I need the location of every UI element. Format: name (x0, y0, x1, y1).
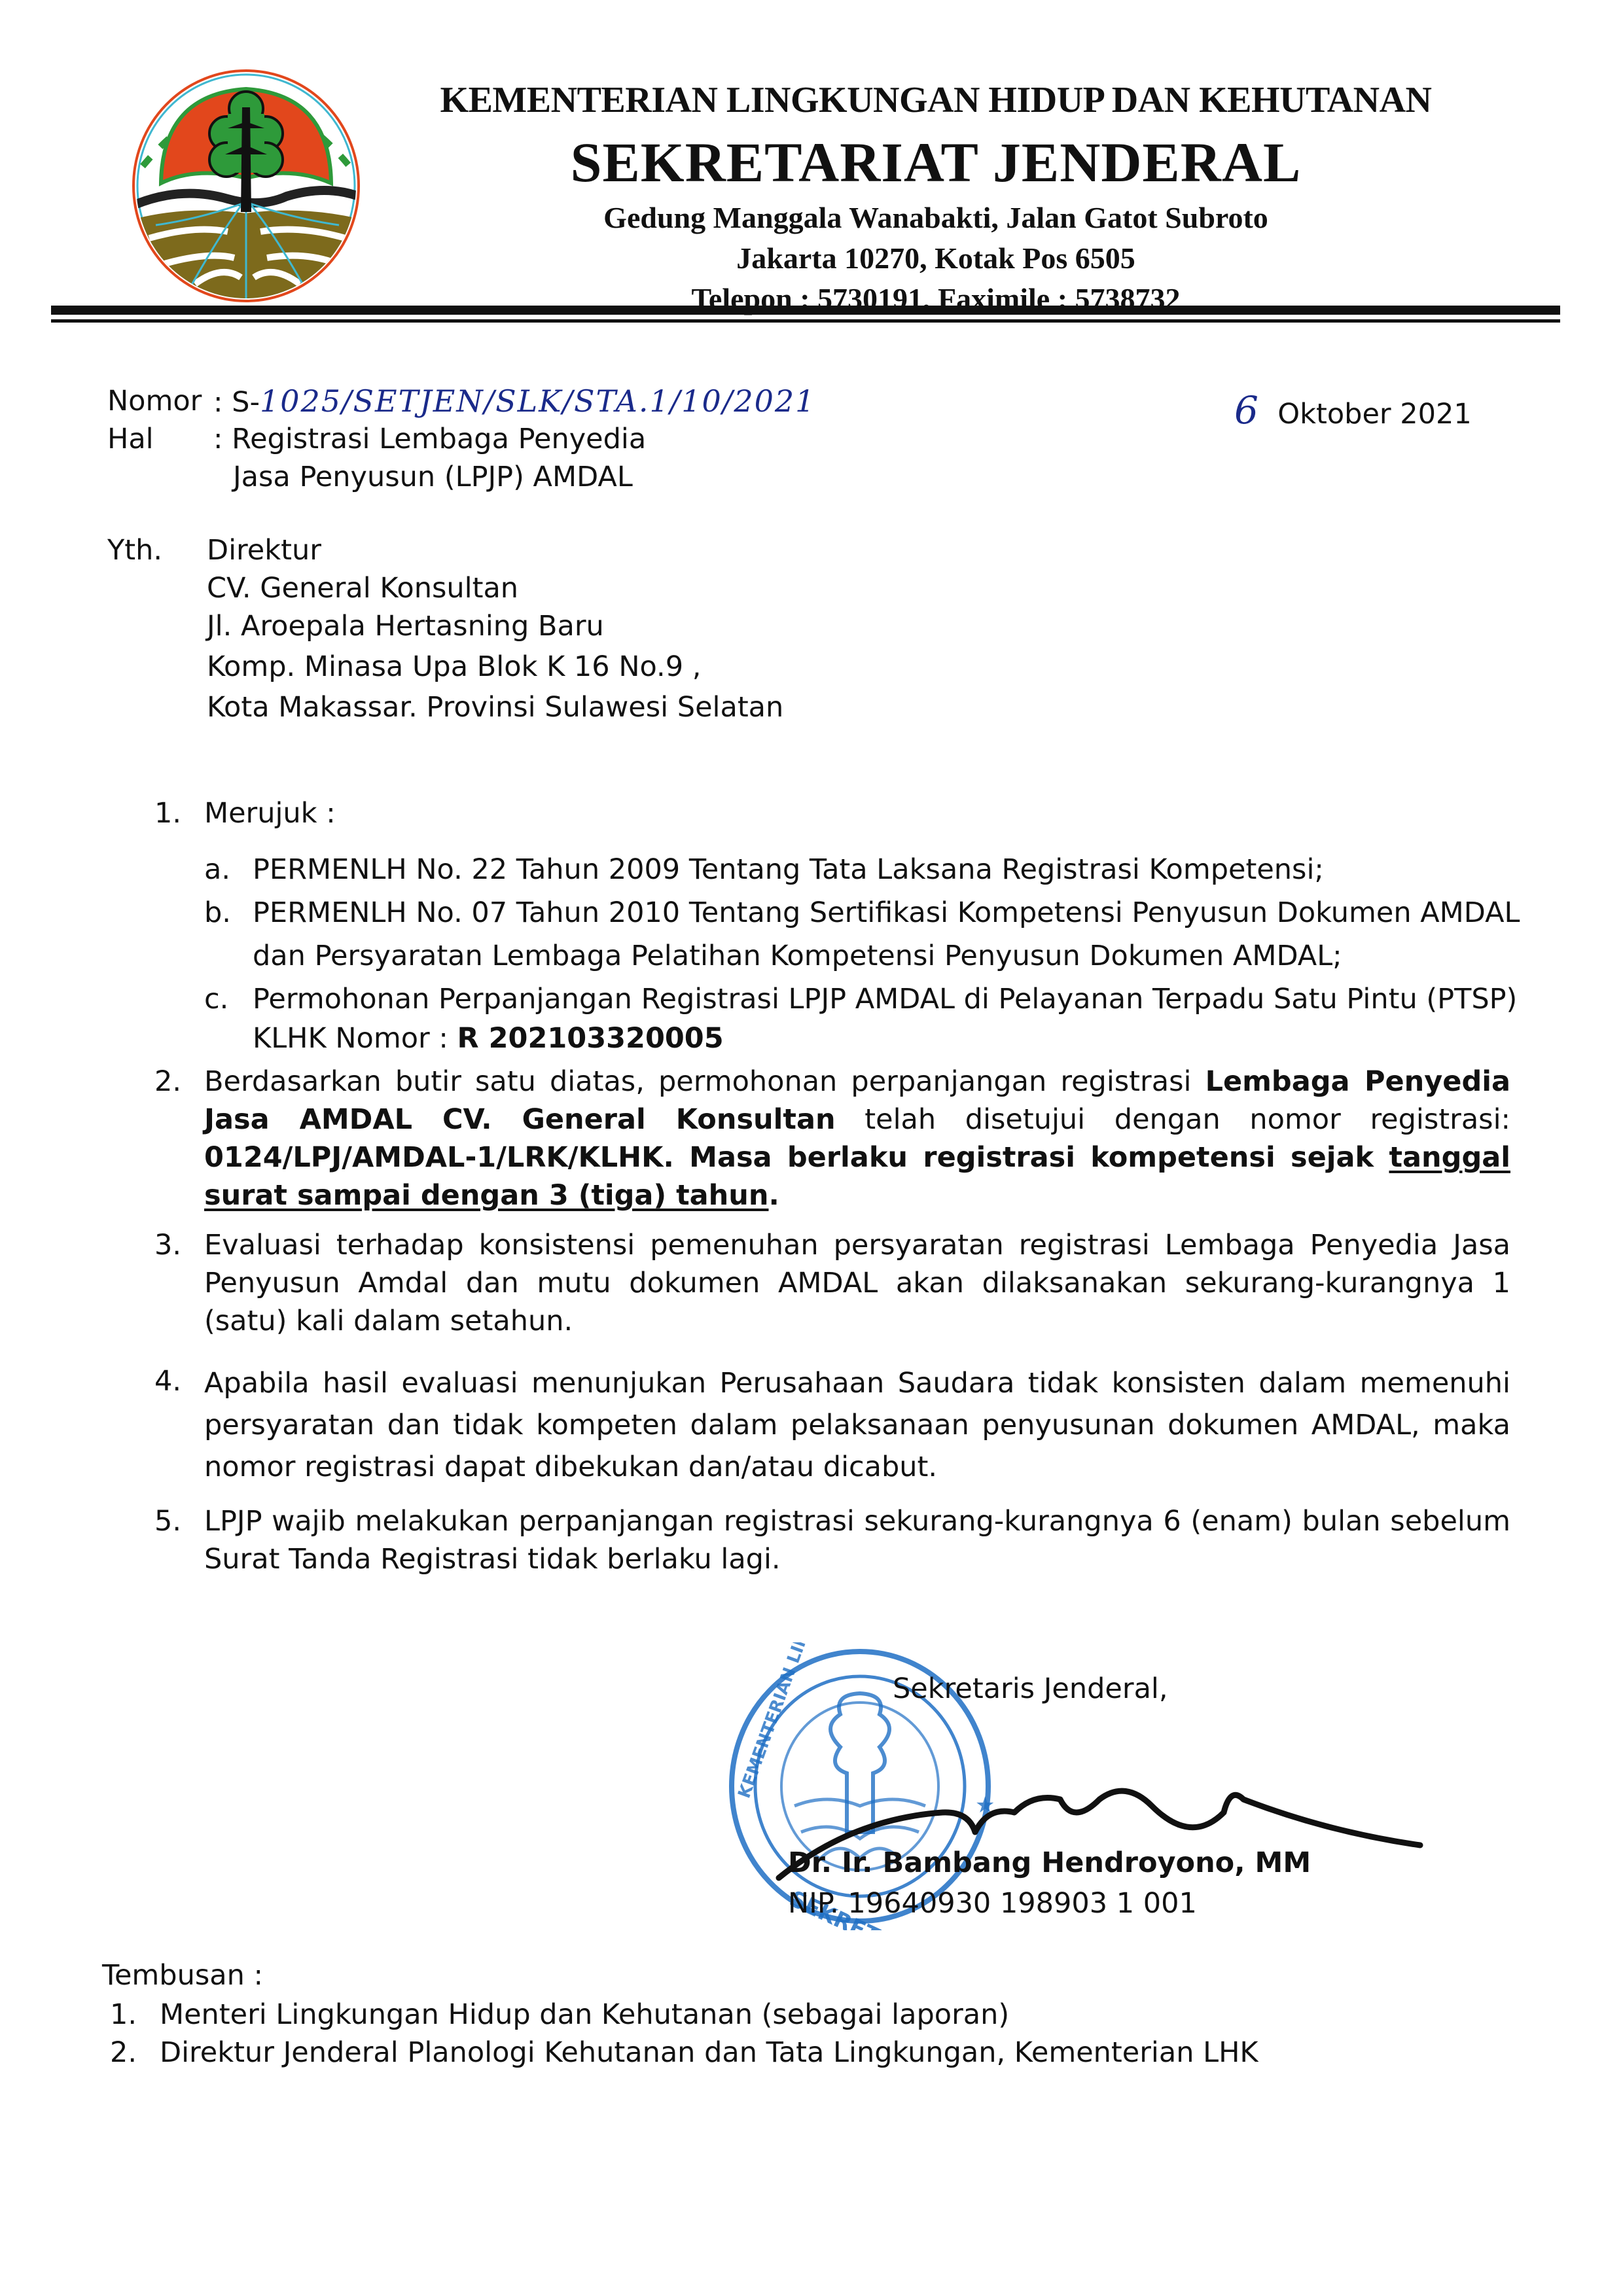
unit-name: SEKRETARIAT JENDERAL (393, 127, 1479, 198)
cc-item: Menteri Lingkungan Hidup dan Kehutanan (… (160, 1996, 1009, 2034)
subitem-letter: a. (204, 851, 230, 889)
date-day-handwritten: 6 (1234, 388, 1260, 433)
item2-plain1: Berdasarkan butir satu diatas, permohona… (204, 1065, 1205, 1098)
signatory-title: Sekretaris Jenderal, (893, 1670, 1168, 1708)
item2-end: . (768, 1179, 779, 1212)
recipient-label: Yth. (107, 531, 162, 569)
ptsp-prefix: KLHK Nomor : (253, 1022, 457, 1055)
signatory-nip: NIP. 19640930 198903 1 001 (788, 1884, 1197, 1922)
recipient-line: CV. General Konsultan (207, 569, 518, 607)
item-number: 5. (154, 1502, 181, 1540)
recipient-line: Jl. Aroepala Hertasning Baru (207, 607, 604, 645)
signatory-name: Dr. Ir. Bambang Hendroyono, MM (788, 1844, 1311, 1882)
recipient-line: Direktur (207, 531, 321, 569)
nomor-label: Nomor (107, 382, 202, 420)
item-number: 2. (154, 1063, 181, 1101)
letterhead-divider-thin (51, 319, 1560, 323)
subitem-c-line1: Permohonan Perpanjangan Registrasi LPJP … (253, 980, 1509, 1018)
item-number: 1. (154, 794, 181, 832)
address-line2: Jakarta 10270, Kotak Pos 6505 (393, 238, 1479, 279)
date-month-year: Oktober 2021 (1277, 398, 1471, 431)
hal-label: Hal (107, 420, 154, 458)
item2-registration: 0124/LPJ/AMDAL-1/LRK/KLHK. Masa berlaku … (204, 1141, 1389, 1174)
cc-number: 2. (110, 2034, 137, 2072)
cc-number: 1. (110, 1996, 137, 2034)
item2-plain2: telah disetujui dengan nomor registrasi: (836, 1103, 1510, 1136)
klhk-tree-logo-icon (130, 68, 363, 304)
subitem-b-line1: PERMENLH No. 07 Tahun 2010 Tentang Serti… (253, 894, 1509, 932)
item4-text: Apabila hasil evaluasi menunjukan Perusa… (204, 1362, 1510, 1488)
letterhead: KEMENTERIAN LINGKUNGAN HIDUP DAN KEHUTAN… (393, 77, 1479, 319)
cc-item: Direktur Jenderal Planologi Kehutanan da… (160, 2034, 1258, 2072)
subitem-a-text: PERMENLH No. 22 Tahun 2009 Tentang Tata … (253, 851, 1324, 889)
item-number: 3. (154, 1226, 181, 1264)
letterhead-divider-thick (51, 306, 1560, 315)
address-line1: Gedung Manggala Wanabakti, Jalan Gatot S… (393, 198, 1479, 238)
nomor-value: : S-1025/SETJEN/SLK/STA.1/10/2021 (213, 382, 815, 421)
nomor-prefix: : S- (213, 386, 260, 419)
subitem-letter: c. (204, 980, 228, 1018)
recipient-line: Komp. Minasa Upa Blok K 16 No.9 , (207, 648, 701, 686)
subitem-c-line2: KLHK Nomor : R 202103320005 (253, 1019, 724, 1057)
item-number: 4. (154, 1362, 181, 1400)
hal-line2: Jasa Penyusun (LPJP) AMDAL (233, 458, 633, 496)
item3-text: Evaluasi terhadap konsistensi pemenuhan … (204, 1226, 1510, 1340)
item2-text: Berdasarkan butir satu diatas, permohona… (204, 1063, 1510, 1214)
item1-title: Merujuk : (204, 794, 336, 832)
subitem-letter: b. (204, 894, 231, 932)
nomor-handwritten: 1025/SETJEN/SLK/STA.1/10/2021 (260, 383, 815, 419)
ptsp-number: R 202103320005 (457, 1022, 724, 1055)
tembusan-label: Tembusan : (102, 1956, 263, 1994)
recipient-line: Kota Makassar. Provinsi Sulawesi Selatan (207, 688, 783, 726)
subitem-b-line2: dan Persyaratan Lembaga Pelatihan Kompet… (253, 937, 1342, 975)
item5-text: LPJP wajib melakukan perpanjangan regist… (204, 1502, 1510, 1578)
letter-date: 6 Oktober 2021 (1234, 391, 1472, 433)
hal-line1: : Registrasi Lembaga Penyedia (213, 420, 646, 458)
ministry-name: KEMENTERIAN LINGKUNGAN HIDUP DAN KEHUTAN… (393, 77, 1479, 123)
